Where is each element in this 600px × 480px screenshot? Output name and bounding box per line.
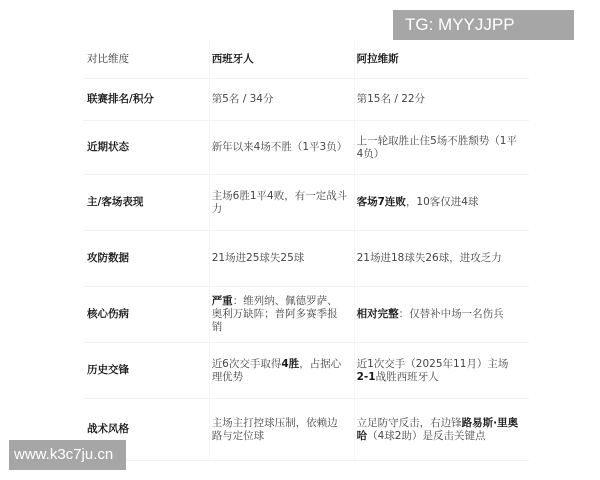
cell-espanyol: 主场主打控球压制，依赖边路与定位球 [209,399,354,461]
row-dimension-label: 主/客场表现 [83,175,209,231]
table-body: 联赛排名/积分第5名 / 34分第15名 / 22分近期状态新年以来4场不胜（1… [83,79,529,461]
highlight-text: 2-1 [357,371,376,383]
cell-text: 立足防守反击，右边锋 [357,417,462,429]
row-dimension-label: 历史交锋 [83,343,209,399]
highlight-text: 4胜 [281,358,299,370]
row-dimension-label: 攻防数据 [83,231,209,287]
cell-alaves: 上一轮取胜止住5场不胜颓势（1平4负） [354,121,529,175]
header-dimension: 对比维度 [83,40,209,79]
cell-text: 第15名 / 22分 [357,93,425,105]
cell-espanyol: 第5名 / 34分 [209,79,354,121]
row-dimension-label: 联赛排名/积分 [83,79,209,121]
cell-text: （4球2助）是反击关键点 [367,430,485,442]
cell-alaves: 近1次交手（2025年11月）主场2-1战胜西班牙人 [354,343,529,399]
cell-text: 21场进18球失26球，进攻乏力 [357,252,502,264]
highlight-text: 客场7连败 [357,196,406,208]
table-row: 主/客场表现主场6胜1平4败，有一定战斗力客场7连败，10客仅进4球 [83,175,529,231]
table-header-row: 对比维度 西班牙人 阿拉维斯 [83,40,529,79]
header-team-espanyol: 西班牙人 [209,40,354,79]
table-row: 联赛排名/积分第5名 / 34分第15名 / 22分 [83,79,529,121]
cell-text: 21场进25球失25球 [212,252,305,264]
cell-alaves: 立足防守反击，右边锋路易斯·里奥哈（4球2助）是反击关键点 [354,399,529,461]
table-row: 攻防数据21场进25球失25球21场进18球失26球，进攻乏力 [83,231,529,287]
header-team-alaves: 阿拉维斯 [354,40,529,79]
cell-espanyol: 21场进25球失25球 [209,231,354,287]
cell-alaves: 21场进18球失26球，进攻乏力 [354,231,529,287]
table-row: 历史交锋近6次交手取得4胜，占据心理优势近1次交手（2025年11月）主场2-1… [83,343,529,399]
table-row: 核心伤病严重：维列纳、佩德罗萨、奥利万缺阵；普阿多赛季报销相对完整：仅替补中场一… [83,287,529,343]
cell-text: 新年以来4场不胜（1平3负） [212,141,348,153]
cell-text: 主场主打控球压制，依赖边路与定位球 [212,417,338,442]
cell-text: 主场6胜1平4败，有一定战斗力 [212,190,348,215]
highlight-text: 严重 [212,295,233,307]
cell-espanyol: 近6次交手取得4胜，占据心理优势 [209,343,354,399]
cell-text: ，10客仅进4球 [406,196,479,208]
table-row: 战术风格主场主打控球压制，依赖边路与定位球立足防守反击，右边锋路易斯·里奥哈（4… [83,399,529,461]
cell-espanyol: 主场6胜1平4败，有一定战斗力 [209,175,354,231]
cell-espanyol: 新年以来4场不胜（1平3负） [209,121,354,175]
row-dimension-label: 核心伤病 [83,287,209,343]
watermark-website: www.k3c7ju.cn [9,440,126,470]
highlight-text: 相对完整 [357,308,399,320]
watermark-telegram: TG: MYYJJPP [393,10,574,40]
cell-espanyol: 严重：维列纳、佩德罗萨、奥利万缺阵；普阿多赛季报销 [209,287,354,343]
cell-text: ：仅替补中场一名伤兵 [399,308,504,320]
cell-alaves: 第15名 / 22分 [354,79,529,121]
cell-text: 战胜西班牙人 [376,371,439,383]
cell-text: 上一轮取胜止住5场不胜颓势（1平4负） [357,135,517,160]
cell-text: 第5名 / 34分 [212,93,274,105]
comparison-table: 对比维度 西班牙人 阿拉维斯 联赛排名/积分第5名 / 34分第15名 / 22… [83,40,529,461]
cell-alaves: 相对完整：仅替补中场一名伤兵 [354,287,529,343]
table-row: 近期状态新年以来4场不胜（1平3负）上一轮取胜止住5场不胜颓势（1平4负） [83,121,529,175]
cell-alaves: 客场7连败，10客仅进4球 [354,175,529,231]
cell-text: 近1次交手（2025年11月）主场 [357,358,509,370]
cell-text: 近6次交手取得 [212,358,282,370]
row-dimension-label: 近期状态 [83,121,209,175]
